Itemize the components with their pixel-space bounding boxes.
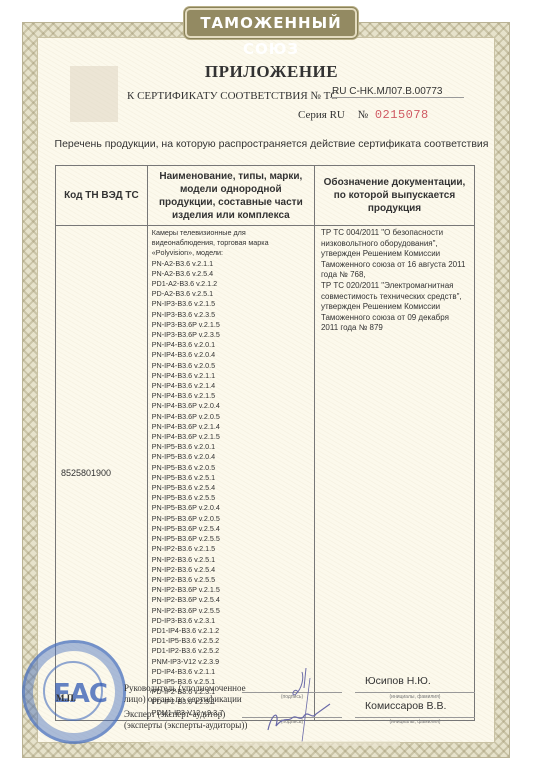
model-item: PD1-IP4-B3.6 v.2.1.2 xyxy=(152,626,310,636)
handwritten-signature-icon xyxy=(258,664,338,744)
model-item: PN-IP3-B3.6P v.2.1.5 xyxy=(152,320,310,330)
head-name-line xyxy=(355,692,475,693)
model-item: PN-IP5-B3.6 v.2.0.5 xyxy=(152,463,310,473)
model-item: PN-IP5-B3.6P v.2.5.5 xyxy=(152,534,310,544)
model-item: PD1-IP5-B3.6 v.2.5.2 xyxy=(152,636,310,646)
model-item: PN-IP2-B3.6 v.2.1.5 xyxy=(152,544,310,554)
model-item: PN-IP5-B3.6P v.2.0.5 xyxy=(152,514,310,524)
model-item: PN-IP3-B3.6 v.2.1.5 xyxy=(152,299,310,309)
number-label: № xyxy=(358,109,369,121)
model-item: PN-IP4-B3.6 v.2.0.4 xyxy=(152,350,310,360)
model-item: PD-A2-B3.6 v.2.5.1 xyxy=(152,289,310,299)
product-table: Код ТН ВЭД ТС Наименование, типы, марки,… xyxy=(55,165,475,721)
customs-union-banner: ТАМОЖЕННЫЙ СОЮЗ xyxy=(185,8,357,38)
model-item: PN-IP2-B3.6 v.2.5.5 xyxy=(152,575,310,585)
model-item: PN-IP2-B3.6 v.2.5.1 xyxy=(152,555,310,565)
model-item: PN-IP4-B3.6 v.2.1.5 xyxy=(152,391,310,401)
certificate-label: К СЕРТИФИКАТУ СООТВЕТСТВИЯ № ТС xyxy=(127,90,338,102)
model-item: PN-IP5-B3.6 v.2.5.5 xyxy=(152,493,310,503)
blank-number: 0215078 xyxy=(375,108,429,122)
model-item: PN-IP4-B3.6P v.2.1.4 xyxy=(152,422,310,432)
column-header-products: Наименование, типы, марки, модели одноро… xyxy=(147,166,314,226)
model-item: PN-IP4-B3.6P v.2.0.5 xyxy=(152,412,310,422)
table-row: 8525801900 Камеры телевизионные для виде… xyxy=(56,226,475,721)
model-item: PD1-IP2-B3.6 v.2.5.2 xyxy=(152,646,310,656)
model-item: PN-IP5-B3.6 v.2.0.4 xyxy=(152,452,310,462)
model-item: PN-IP3-B3.6P v.2.3.5 xyxy=(152,330,310,340)
expert-name-caption: (инициалы, фамилия) xyxy=(355,719,475,725)
model-item: PN-IP2-B3.6P v.2.5.4 xyxy=(152,595,310,605)
expert-name: Комиссаров В.В. xyxy=(365,700,446,712)
eac-stamp: ЕАС xyxy=(22,640,126,744)
column-header-documentation: Обозначение документации, по которой вып… xyxy=(314,166,474,226)
model-item: PN-IP5-B3.6 v.2.5.1 xyxy=(152,473,310,483)
model-list: PN-A2-B3.6 v.2.1.1PN-A2-B3.6 v.2.5.4PD1-… xyxy=(152,259,310,718)
model-item: PN-IP2-B3.6P v.2.1.5 xyxy=(152,585,310,595)
products-cell: Камеры телевизионные для видеонаблюдения… xyxy=(147,226,314,721)
expert-name-line xyxy=(355,717,475,718)
model-item: PN-IP4-B3.6 v.2.1.1 xyxy=(152,371,310,381)
documentation-cell: ТР ТС 004/2011 "О безопасности низковоль… xyxy=(314,226,474,721)
model-item: PN-A2-B3.6 v.2.1.1 xyxy=(152,259,310,269)
column-header-code: Код ТН ВЭД ТС xyxy=(56,166,148,226)
documentation-item: ТР ТС 004/2011 "О безопасности низковоль… xyxy=(321,228,468,281)
head-label-line1: Руководитель (уполномоченное xyxy=(124,683,246,694)
page-title: ПРИЛОЖЕНИЕ xyxy=(0,62,543,82)
model-item: PN-IP4-B3.6P v.2.1.5 xyxy=(152,432,310,442)
certificate-number: RU C-HK.МЛ07.В.00773 xyxy=(330,86,464,98)
model-item: PN-A2-B3.6 v.2.5.4 xyxy=(152,269,310,279)
head-name: Юсипов Н.Ю. xyxy=(365,675,431,687)
expert-label-line2: (эксперты (эксперты-аудиторы)) xyxy=(124,720,247,731)
model-item: PN-IP2-B3.6P v.2.5.5 xyxy=(152,606,310,616)
printer-imprint xyxy=(150,741,400,746)
model-item: PD1-A2-B3.6 v.2.1.2 xyxy=(152,279,310,289)
model-item: PN-IP4-B3.6 v.2.0.1 xyxy=(152,340,310,350)
head-label-line2: лицо) органа по сертификации xyxy=(124,694,246,705)
documentation-item: ТР ТС 020/2011 "Электромагнитная совмест… xyxy=(321,281,468,334)
expert-signatory-label: Эксперт (эксперт-аудитор) (эксперты (экс… xyxy=(124,709,247,731)
model-item: PN-IP2-B3.6 v.2.5.4 xyxy=(152,565,310,575)
expert-label-line1: Эксперт (эксперт-аудитор) xyxy=(124,709,247,720)
series-value: RU xyxy=(330,109,345,121)
model-item: PD-IP3-B3.6 v.2.3.1 xyxy=(152,616,310,626)
head-signatory-label: Руководитель (уполномоченное лицо) орган… xyxy=(124,683,246,705)
series-line: Серия RU № 0215078 xyxy=(298,108,429,122)
product-intro: Камеры телевизионные для видеонаблюдения… xyxy=(152,228,310,259)
seal-place-label: М.П. xyxy=(56,693,76,703)
model-item: PN-IP5-B3.6 v.2.0.1 xyxy=(152,442,310,452)
model-item: PN-IP4-B3.6 v.2.1.4 xyxy=(152,381,310,391)
product-list-subtitle: Перечень продукции, на которую распростр… xyxy=(0,138,543,150)
model-item: PN-IP3-B3.6 v.2.3.5 xyxy=(152,310,310,320)
model-item: PN-IP4-B3.6P v.2.0.4 xyxy=(152,401,310,411)
table-header-row: Код ТН ВЭД ТС Наименование, типы, марки,… xyxy=(56,166,475,226)
series-label: Серия xyxy=(298,109,327,121)
model-item: PN-IP5-B3.6 v.2.5.4 xyxy=(152,483,310,493)
model-item: PN-IP4-B3.6 v.2.0.5 xyxy=(152,361,310,371)
model-item: PN-IP5-B3.6P v.2.5.4 xyxy=(152,524,310,534)
model-item: PN-IP5-B3.6P v.2.0.4 xyxy=(152,503,310,513)
